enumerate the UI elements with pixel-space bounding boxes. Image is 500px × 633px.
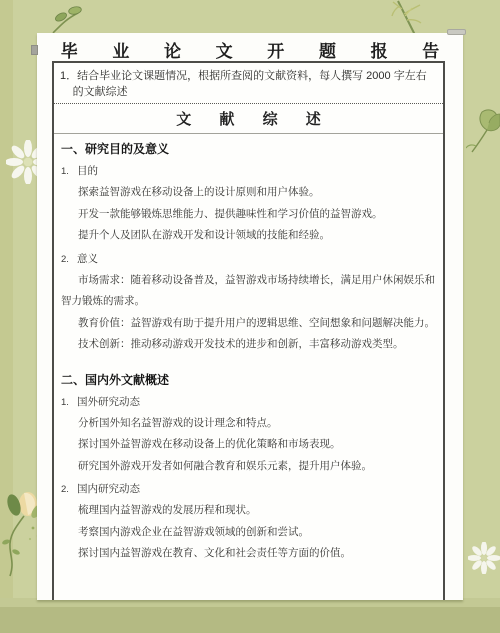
item-number: 1. <box>61 163 77 181</box>
instruction-text: 1．结合毕业论文课题情况，根据所查阅的文献资料，每人撰写 2000 字左右的文献… <box>60 68 437 100</box>
point-text: 梳理国内益智游戏的发展历程和现状。 <box>61 500 435 522</box>
point-text: 探讨国内益智游戏在教育、文化和社会责任等方面的价值。 <box>61 543 435 565</box>
page-edge-marker <box>31 45 38 55</box>
literature-review-header: 文 献 综 述 <box>54 104 443 134</box>
point-text: 探讨国外益智游戏在移动设备上的优化策略和市场表现。 <box>61 434 435 456</box>
item-label: 目的 <box>77 162 98 180</box>
list-item: 1. 国外研究动态 <box>61 393 435 412</box>
point-text: 开发一款能够锻炼思维能力、提供趣味性和学习价值的益智游戏。 <box>61 204 435 226</box>
item-number: 2. <box>61 481 77 499</box>
list-item: 1. 目的 <box>61 162 435 181</box>
item-label: 国内研究动态 <box>77 480 140 498</box>
point-text: 教育价值：益智游戏有助于提升用户的逻辑思维、空间想象和问题解决能力。 <box>61 313 435 335</box>
page-title: 毕 业 论 文 开 题 报 告 <box>37 37 463 62</box>
page-corner-marker <box>447 29 466 35</box>
sprout-icon <box>48 4 86 36</box>
table-content: 一、研究目的及意义 1. 目的 探索益智游戏在移动设备上的设计原则和用户体验。 … <box>54 134 443 565</box>
point-text: 考察国内游戏企业在益智游戏领域的创新和尝试。 <box>61 522 435 544</box>
report-table: 1．结合毕业论文课题情况，根据所查阅的文献资料，每人撰写 2000 字左右的文献… <box>52 61 445 600</box>
point-text: 技术创新：推动移动游戏开发技术的进步和创新，丰富移动游戏类型。 <box>61 334 435 356</box>
point-text: 提升个人及团队在游戏开发和设计领域的技能和经验。 <box>61 225 435 247</box>
section-heading-2: 二、国内外文献概述 <box>61 372 435 388</box>
item-label: 国外研究动态 <box>77 393 140 411</box>
item-number: 2. <box>61 251 77 269</box>
branch-icon <box>386 0 428 36</box>
list-item: 2. 意义 <box>61 250 435 269</box>
item-number: 1. <box>61 394 77 412</box>
leaf-icon <box>466 106 500 158</box>
document-page: 毕 业 论 文 开 题 报 告 1．结合毕业论文课题情况，根据所查阅的文献资料，… <box>37 33 463 600</box>
instruction-row: 1．结合毕业论文课题情况，根据所查阅的文献资料，每人撰写 2000 字左右的文献… <box>54 63 443 104</box>
point-text: 市场需求：随着移动设备普及，益智游戏市场持续增长，满足用户休闲娱乐和智力锻炼的需… <box>61 270 435 313</box>
aster-icon <box>468 542 500 574</box>
point-text: 分析国外知名益智游戏的设计理念和特点。 <box>61 413 435 435</box>
point-text: 探索益智游戏在移动设备上的设计原则和用户体验。 <box>61 182 435 204</box>
background-bottom-shade <box>0 607 500 633</box>
item-label: 意义 <box>77 250 98 268</box>
list-item: 2. 国内研究动态 <box>61 480 435 499</box>
section-heading-1: 一、研究目的及意义 <box>61 141 435 157</box>
point-text: 研究国外游戏开发者如何融合教育和娱乐元素，提升用户体验。 <box>61 456 435 478</box>
